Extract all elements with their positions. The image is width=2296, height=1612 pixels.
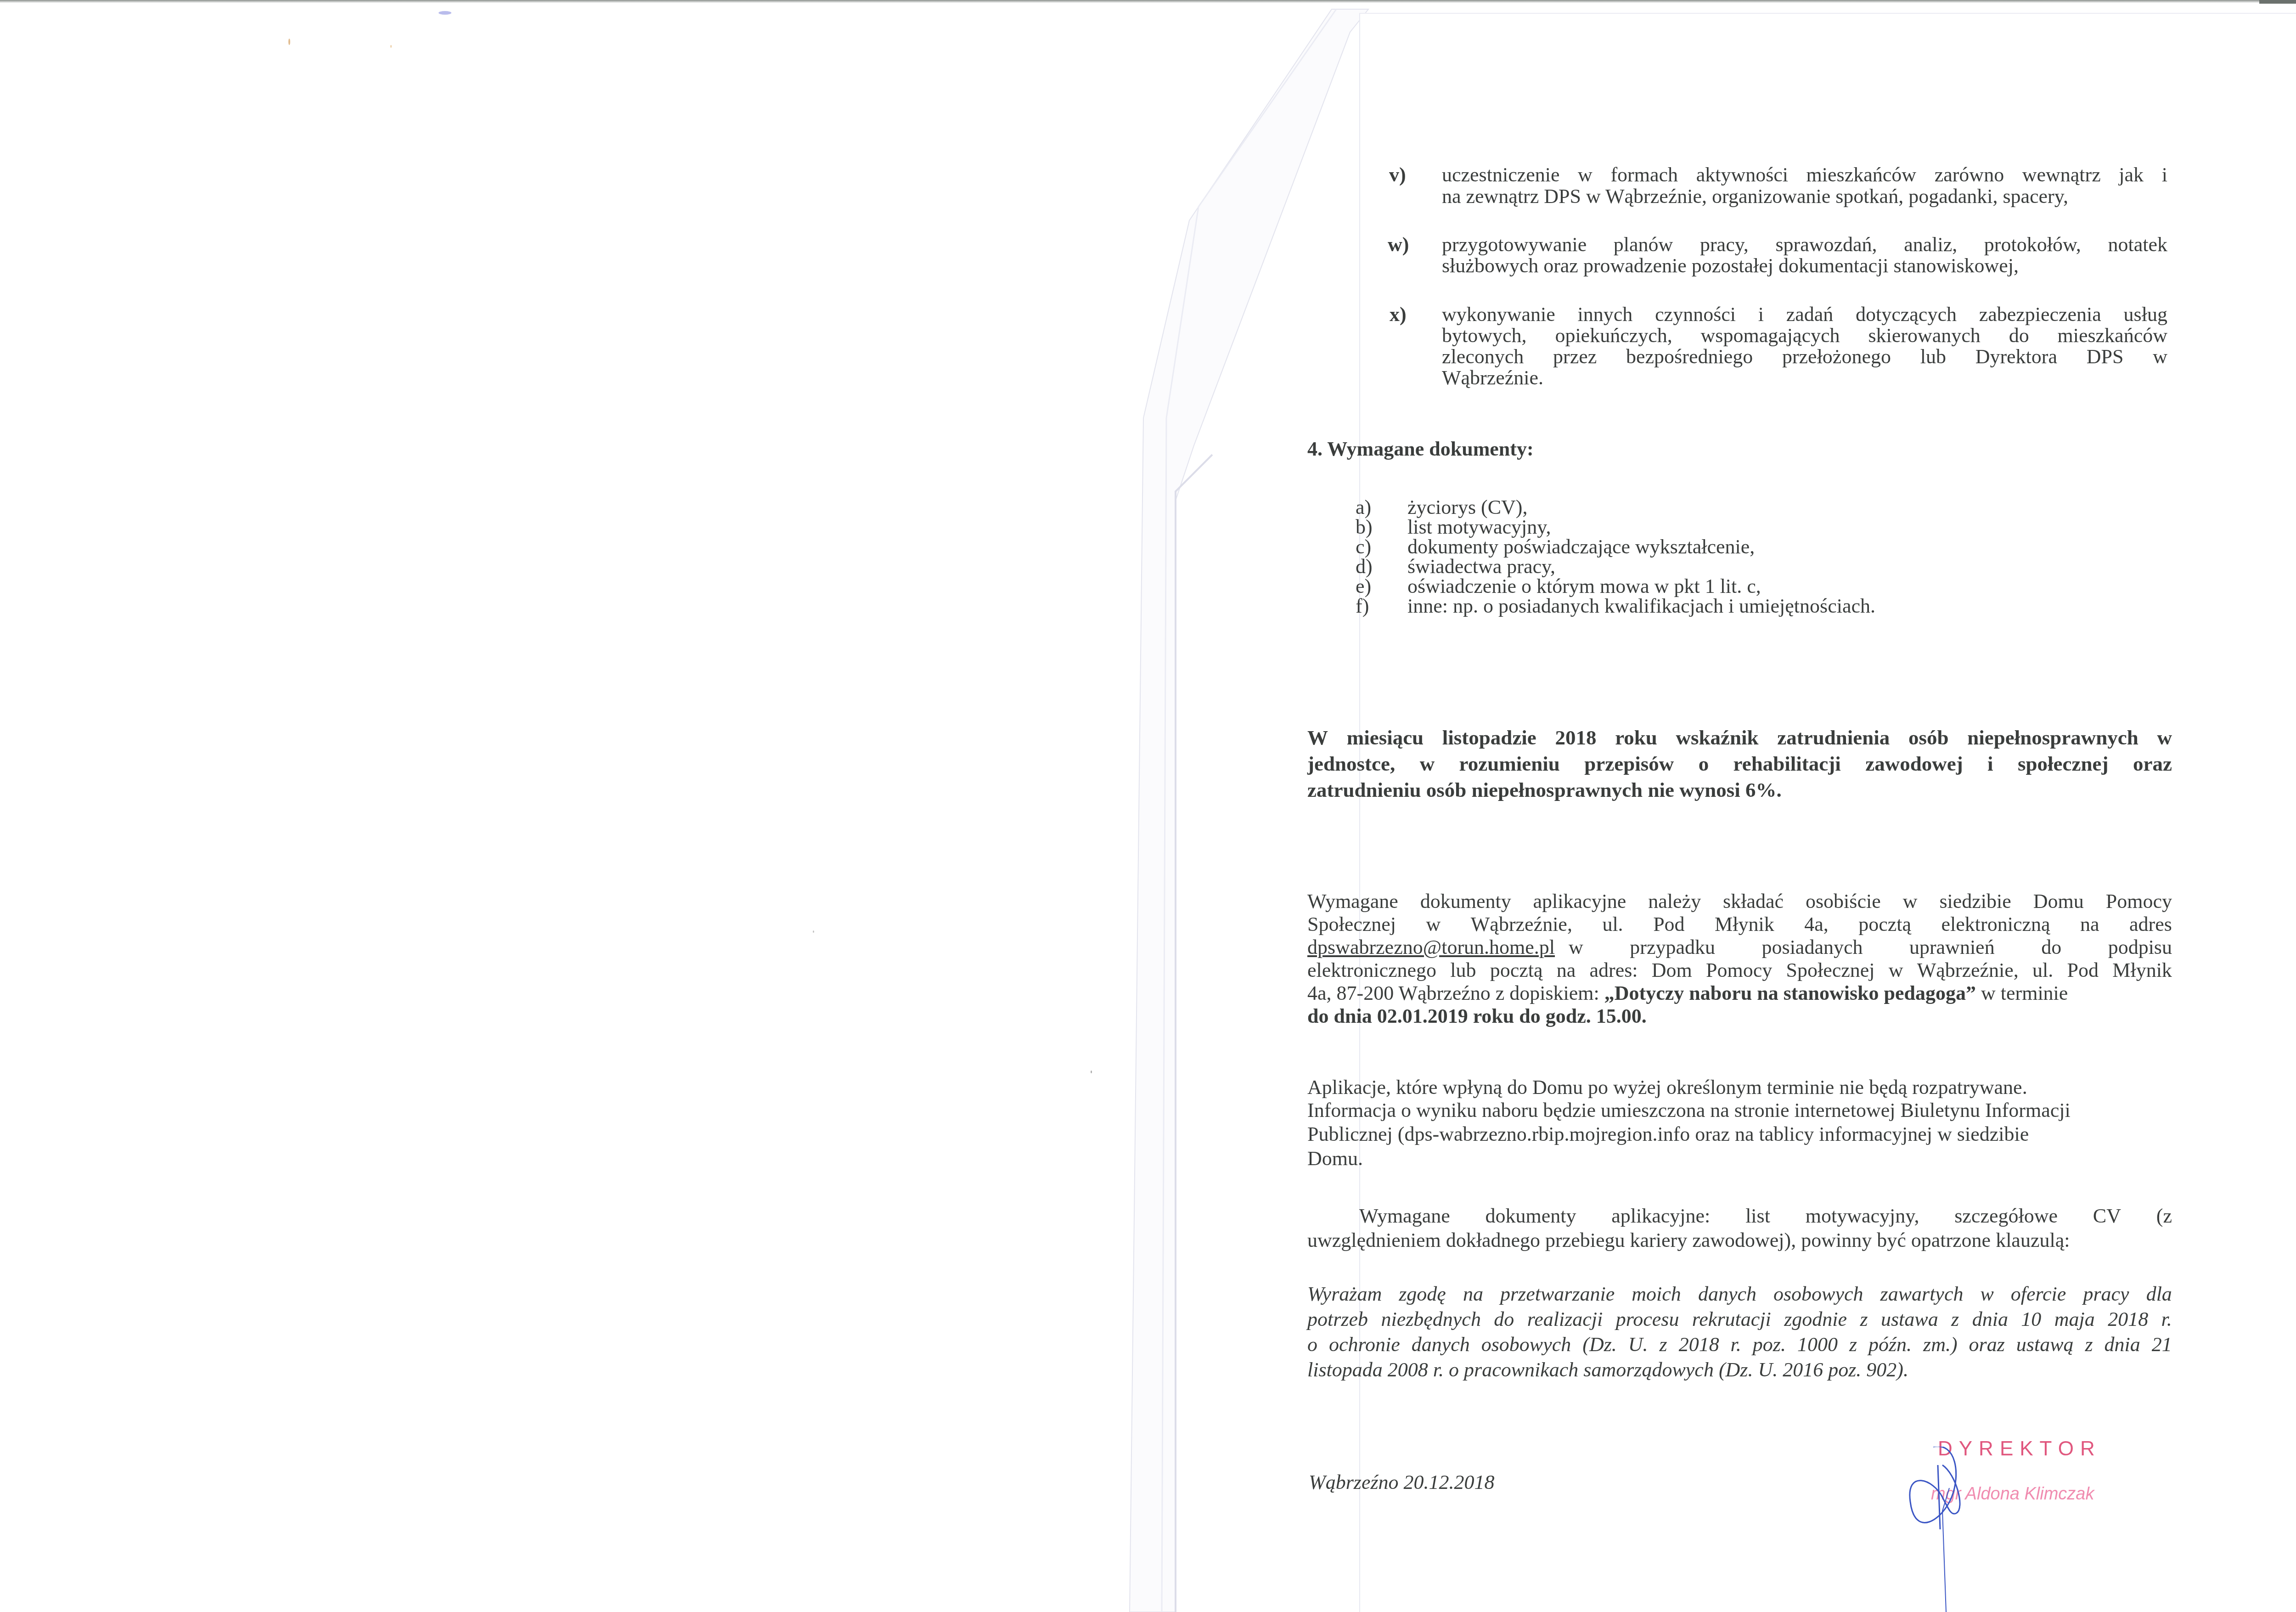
list-item-x-line-2: bytowych,opiekuńczych,wspomagającychskie…: [1442, 325, 2167, 346]
submission-line-4: elektronicznegolubpocztąnaadres:DomPomoc…: [1307, 960, 2172, 981]
required-document-item: życiorys (CV),: [1407, 497, 1528, 518]
ink-speck: [439, 11, 451, 15]
required-document-marker: d): [1356, 556, 1373, 577]
submission-line-3: dpswabrzezno@torun.home.pl wprzypadkupos…: [1307, 937, 2172, 958]
ink-speck: [288, 39, 290, 45]
disability-notice-line-3: zatrudnieniu osób niepełnosprawnych nie …: [1307, 779, 1782, 800]
place-date: Wąbrzeźno 20.12.2018: [1309, 1472, 1495, 1493]
required-document-item: oświadczenie o którym mowa w pkt 1 lit. …: [1407, 576, 1761, 597]
ink-speck: [1091, 1071, 1092, 1073]
required-document-item: inne: np. o posiadanych kwalifikacjach i…: [1407, 596, 1875, 617]
disability-notice-line-2: jednostce,wrozumieniuprzepisóworehabilit…: [1307, 753, 2172, 774]
submission-line-5-post: w terminie: [1976, 982, 2068, 1004]
list-item-x-line-3: zleconychprzezbezpośredniegoprzełożonego…: [1442, 346, 2167, 367]
ink-speck: [813, 930, 814, 933]
consent-clause-line-4: listopada 2008 r. o pracownikach samorzą…: [1307, 1359, 1908, 1381]
scan-top-edge-dark: [2259, 0, 2296, 4]
list-marker-v: v): [1389, 164, 1406, 186]
list-item-x-line-1: wykonywanieinnychczynnościizadańdotycząc…: [1442, 304, 2167, 325]
late-notice-line-1: Aplikacje, które wpłyną do Domu po wyżej…: [1307, 1077, 2027, 1098]
consent-clause-line-1: Wyrażamzgodęnaprzetwarzaniemoichdanychos…: [1307, 1284, 2172, 1305]
clause-intro-line-1: Wymaganedokumentyaplikacyjne:listmotywac…: [1359, 1206, 2172, 1227]
required-document-item: list motywacyjny,: [1407, 517, 1551, 538]
disability-notice-line-1: Wmiesiąculistopadzie2018rokuwskaźnikzatr…: [1307, 727, 2172, 748]
list-item-w-line-2: służbowych oraz prowadzenie pozostałej d…: [1442, 255, 2019, 276]
signature: [1906, 1447, 2007, 1612]
consent-clause-line-3: oochroniedanychosobowych(Dz.U.z2018r.poz…: [1307, 1334, 2172, 1355]
submission-subject-note: „Dotyczy naboru na stanowisko pedagoga”: [1604, 982, 1976, 1004]
required-document-marker: a): [1356, 497, 1371, 518]
consent-clause-line-2: potrzebniezbędnychdorealizacjiprocesurek…: [1307, 1309, 2172, 1330]
list-item-x-line-4: Wąbrzeźnie.: [1442, 367, 1543, 389]
required-document-item: świadectwa pracy,: [1407, 556, 1555, 577]
list-marker-w: w): [1388, 234, 1409, 255]
required-document-marker: c): [1356, 536, 1371, 558]
required-document-marker: f): [1356, 596, 1369, 617]
submission-line-5: 4a, 87-200 Wąbrzeźno z dopiskiem: „Dotyc…: [1307, 983, 2068, 1004]
late-notice-line-3: Publicznej (dps-wabrzezno.rbip.mojregion…: [1307, 1124, 2029, 1145]
section-heading-required-documents: 4. Wymagane dokumenty:: [1307, 439, 1534, 460]
left-blank-page: [0, 3, 1332, 1612]
clause-intro-line-2: uwzględnieniem dokładnego przebiegu kari…: [1307, 1230, 2070, 1251]
late-notice-line-2: Informacja o wyniku naboru będzie umiesz…: [1307, 1100, 2071, 1121]
required-document-item: dokumenty poświadczające wykształcenie,: [1407, 536, 1755, 558]
submission-line-2: SpołecznejwWąbrzeźnie,ul.PodMłynik4a,poc…: [1307, 914, 2172, 935]
late-notice-line-4: Domu.: [1307, 1148, 1363, 1169]
required-document-marker: e): [1356, 576, 1371, 597]
submission-line-5-pre: 4a, 87-200 Wąbrzeźno z dopiskiem:: [1307, 982, 1604, 1004]
list-item-w-line-1: przygotowywanieplanówpracy,sprawozdań,an…: [1442, 234, 2167, 255]
list-item-v-line-1: uczestniczeniewformachaktywnościmieszkań…: [1442, 164, 2167, 186]
list-marker-x: x): [1390, 304, 1407, 325]
email-link[interactable]: dpswabrzezno@torun.home.pl: [1307, 937, 1555, 958]
list-item-v-line-2: na zewnątrz DPS w Wąbrzeźnie, organizowa…: [1442, 186, 2068, 207]
submission-deadline: do dnia 02.01.2019 roku do godz. 15.00.: [1307, 1006, 1647, 1027]
submission-line-1: Wymaganedokumentyaplikacyjnenależyskłada…: [1307, 891, 2172, 912]
ink-speck: [390, 45, 392, 48]
required-document-marker: b): [1356, 517, 1373, 538]
submission-line-3-rest: wprzypadkuposiadanychuprawnieńdopodpisu: [1569, 937, 2172, 958]
